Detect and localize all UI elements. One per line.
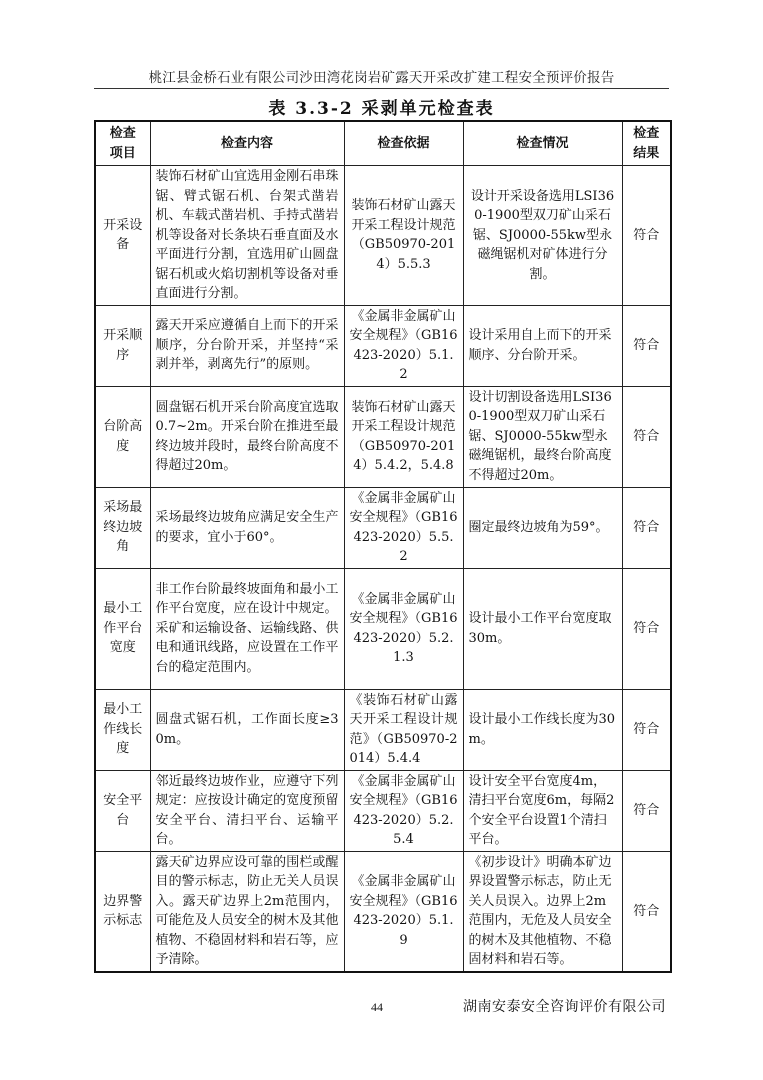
row-item: 开采顺序 [95,305,150,386]
row-result: 符合 [622,851,671,972]
row-basis: 《装饰石材矿山露天开采工程设计规范》（GB50970-2014）5.4.4 [344,689,463,770]
table-row: 开采顺序 露天开采应遵循自上而下的开采顺序，分台阶开采，并坚持“采剥并举，剥离先… [95,305,671,386]
row-basis: 《金属非金属矿山安全规程》（GB16423-2020）5.1.9 [344,851,463,972]
row-result: 符合 [622,689,671,770]
header-divider [94,88,669,89]
table-row: 开采设备 装饰石材矿山宜选用金刚石串珠锯、臂式锯石机、台架式凿岩机、车载式凿岩机… [95,166,671,306]
row-item: 最小工作线长度 [95,689,150,770]
company-footer: 湖南安泰安全咨询评价有限公司 [463,996,666,1016]
table-row: 采场最终边坡角 采场最终边坡角应满足安全生产的要求，宜小于60°。 《金属非金属… [95,487,671,568]
row-basis: 装饰石材矿山露天开采工程设计规范（GB50970-2014）5.4.2，5.4.… [344,386,463,487]
row-content: 露天开采应遵循自上而下的开采顺序，分台阶开采，并坚持“采剥并举，剥离先行”的原则… [150,305,344,386]
row-result: 符合 [622,386,671,487]
row-status: 设计最小工作平台宽度取30m。 [463,568,622,689]
running-header: 桃江县金桥石业有限公司沙田湾花岗岩矿露天开采改扩建工程安全预评价报告 [94,66,669,86]
header-result: 检查结果 [622,121,671,166]
row-content: 非工作台阶最终坡面角和最小工作平台宽度，应在设计中规定。 采矿和运输设备、运输线… [150,568,344,689]
row-content: 圆盘式锯石机，工作面长度≥30m。 [150,689,344,770]
row-item: 最小工作平台宽度 [95,568,150,689]
row-content: 露天矿边界应设可靠的围栏或醒目的警示标志，防止无关人员误入。露天矿边界上2m范围… [150,851,344,972]
row-result: 符合 [622,770,671,851]
row-basis: 《金属非金属矿山安全规程》（GB16423-2020）5.5.2 [344,487,463,568]
row-item: 台阶高度 [95,386,150,487]
table-row: 最小工作平台宽度 非工作台阶最终坡面角和最小工作平台宽度，应在设计中规定。 采矿… [95,568,671,689]
inspection-table: 检查项目 检查内容 检查依据 检查情况 检查结果 开采设备 装饰石材矿山宜选用金… [94,120,672,973]
header-content: 检查内容 [150,121,344,166]
row-result: 符合 [622,166,671,306]
row-result: 符合 [622,568,671,689]
row-content: 圆盘锯石机开采台阶高度宜选取0.7~2m。开采台阶在推进至最终边坡并段时，最终台… [150,386,344,487]
row-result: 符合 [622,487,671,568]
row-basis: 《金属非金属矿山安全规程》（GB16423-2020）5.2.5.4 [344,770,463,851]
header-basis: 检查依据 [344,121,463,166]
row-content: 邻近最终边坡作业，应遵守下列规定：应按设计确定的宽度预留安全平台、清扫平台、运输… [150,770,344,851]
row-item: 安全平台 [95,770,150,851]
header-status: 检查情况 [463,121,622,166]
row-content: 装饰石材矿山宜选用金刚石串珠锯、臂式锯石机、台架式凿岩机、车载式凿岩机、手持式凿… [150,166,344,306]
row-content: 采场最终边坡角应满足安全生产的要求，宜小于60°。 [150,487,344,568]
row-status: 设计开采设备选用LSI360-1900型双刀矿山采石锯、SJ0000-55kw型… [463,166,622,306]
row-basis: 《金属非金属矿山安全规程》（GB16423-2020）5.2.1.3 [344,568,463,689]
row-item: 开采设备 [95,166,150,306]
row-status: 圈定最终边坡角为59°。 [463,487,622,568]
table-row: 边界警示标志 露天矿边界应设可靠的围栏或醒目的警示标志，防止无关人员误入。露天矿… [95,851,671,972]
header-item: 检查项目 [95,121,150,166]
row-status: 《初步设计》明确本矿边界设置警示标志，防止无关人员误入。边界上2m范围内，无危及… [463,851,622,972]
table-header-row: 检查项目 检查内容 检查依据 检查情况 检查结果 [95,121,671,166]
table-row: 台阶高度 圆盘锯石机开采台阶高度宜选取0.7~2m。开采台阶在推进至最终边坡并段… [95,386,671,487]
row-basis: 《金属非金属矿山安全规程》（GB16423-2020）5.1.2 [344,305,463,386]
row-status: 设计安全平台宽度4m，清扫平台宽度6m，每隔2个安全平台设置1个清扫平台。 [463,770,622,851]
row-item: 边界警示标志 [95,851,150,972]
page-number: 44 [371,1000,383,1015]
table-row: 最小工作线长度 圆盘式锯石机，工作面长度≥30m。 《装饰石材矿山露天开采工程设… [95,689,671,770]
row-basis: 装饰石材矿山露天开采工程设计规范（GB50970-2014）5.5.3 [344,166,463,306]
row-status: 设计最小工作线长度为30m。 [463,689,622,770]
row-status: 设计切割设备选用LSI360-1900型双刀矿山采石锯、SJ0000-55kw型… [463,386,622,487]
row-result: 符合 [622,305,671,386]
row-status: 设计采用自上而下的开采顺序、分台阶开采。 [463,305,622,386]
table-row: 安全平台 邻近最终边坡作业，应遵守下列规定：应按设计确定的宽度预留安全平台、清扫… [95,770,671,851]
row-item: 采场最终边坡角 [95,487,150,568]
table-title: 表 3.3-2 采剥单元检查表 [94,94,669,119]
